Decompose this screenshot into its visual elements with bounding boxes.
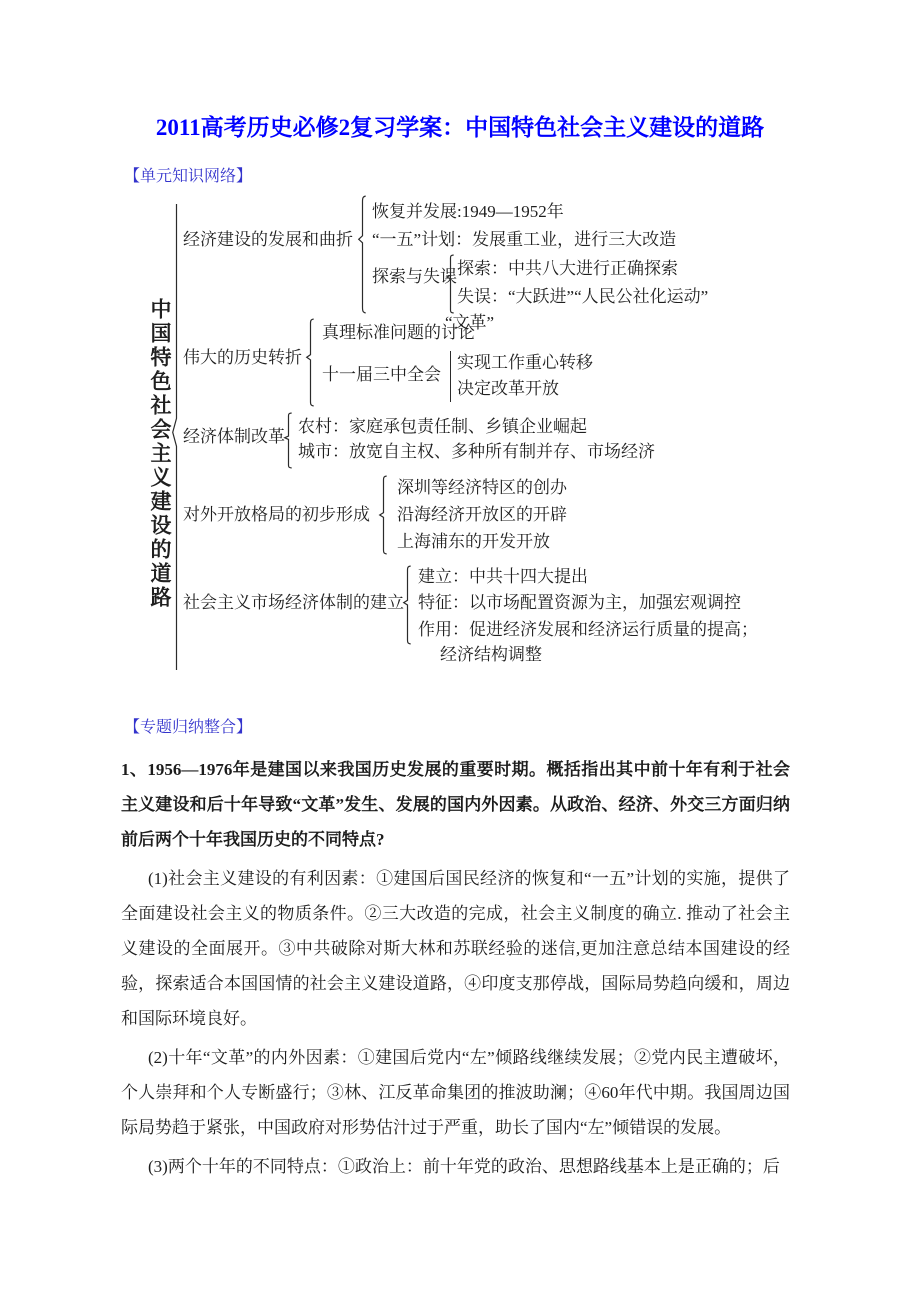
diagram-item: 真理标准问题的讨论	[322, 320, 475, 346]
diagram-item: 沿海经济开放区的开辟	[397, 502, 567, 528]
brace	[306, 319, 315, 406]
answer-paragraph-2: (2)十年“文革”的内外因素：①建国后党内“左”倾路线继续发展；②党内民主遭破坏…	[121, 1040, 790, 1145]
brace	[446, 255, 455, 313]
diagram-item: 实现工作重心转移	[457, 350, 593, 376]
diagram-item: 恢复并发展:1949—1952年	[372, 199, 564, 225]
brace	[284, 413, 293, 468]
diagram-item: 建立：中共十四大提出	[418, 564, 588, 590]
section-header-topic-summary: 【专题归纳整合】	[124, 717, 252, 739]
diagram-item: 特征：以市场配置资源为主，加强宏观调控	[418, 590, 741, 616]
answer-paragraph-3: (3)两个十年的不同特点：①政治上：前十年党的政治、思想路线基本上是正确的；后	[121, 1149, 790, 1184]
diagram-root-label: 中国特色社会主义建设的道路	[146, 298, 173, 598]
diagram-item: 作用：促进经济发展和经济运行质量的提高；	[418, 617, 758, 643]
question-paragraph: 1、1956—1976年是建国以来我国历史发展的重要时期。概括指出其中前十年有利…	[121, 752, 790, 857]
brace	[358, 196, 367, 313]
diagram-item: “一五”计划：发展重工业，进行三大改造	[372, 227, 676, 253]
diagram-branch-label: 经济体制改革	[183, 424, 285, 450]
diagram-item: 深圳等经济特区的创办	[397, 475, 567, 501]
answer-paragraph-1: (1)社会主义建设的有利因素：①建国后国民经济的恢复和“一五”计划的实施，提供了…	[121, 861, 790, 1036]
diagram-item: 经济结构调整	[440, 642, 542, 668]
main-brace	[172, 204, 181, 670]
diagram-sub-label: 探索与失误	[372, 264, 457, 290]
brace	[379, 476, 388, 554]
diagram-item: 决定改革开放	[457, 376, 559, 402]
diagram-item: 上海浦东的开发开放	[397, 529, 550, 555]
diagram-branch-label: 经济建设的发展和曲折	[183, 227, 353, 253]
group-bar	[450, 351, 451, 402]
diagram-branch-label: 伟大的历史转折	[183, 345, 302, 371]
body-text: 1、1956—1976年是建国以来我国历史发展的重要时期。概括指出其中前十年有利…	[121, 752, 790, 1188]
knowledge-network-diagram: 中国特色社会主义建设的道路 经济建设的发展和曲折 恢复并发展:1949—1952…	[0, 0, 920, 700]
document-page: 2011高考历史必修2复习学案：中国特色社会主义建设的道路 【单元知识网络】 中…	[0, 0, 920, 1302]
diagram-item: 探索：中共八大进行正确探索	[457, 256, 678, 282]
diagram-branch-label: 对外开放格局的初步形成	[183, 502, 370, 528]
diagram-item: 失误：“大跃进”“人民公社化运动”	[457, 284, 708, 310]
diagram-sub-label: 十一届三中全会	[322, 362, 441, 388]
diagram-branch-label: 社会主义市场经济体制的建立	[183, 590, 404, 616]
diagram-item: 城市：放宽自主权、多种所有制并存、市场经济	[298, 439, 655, 465]
diagram-item: 农村：家庭承包责任制、乡镇企业崛起	[298, 414, 587, 440]
brace	[403, 566, 412, 644]
